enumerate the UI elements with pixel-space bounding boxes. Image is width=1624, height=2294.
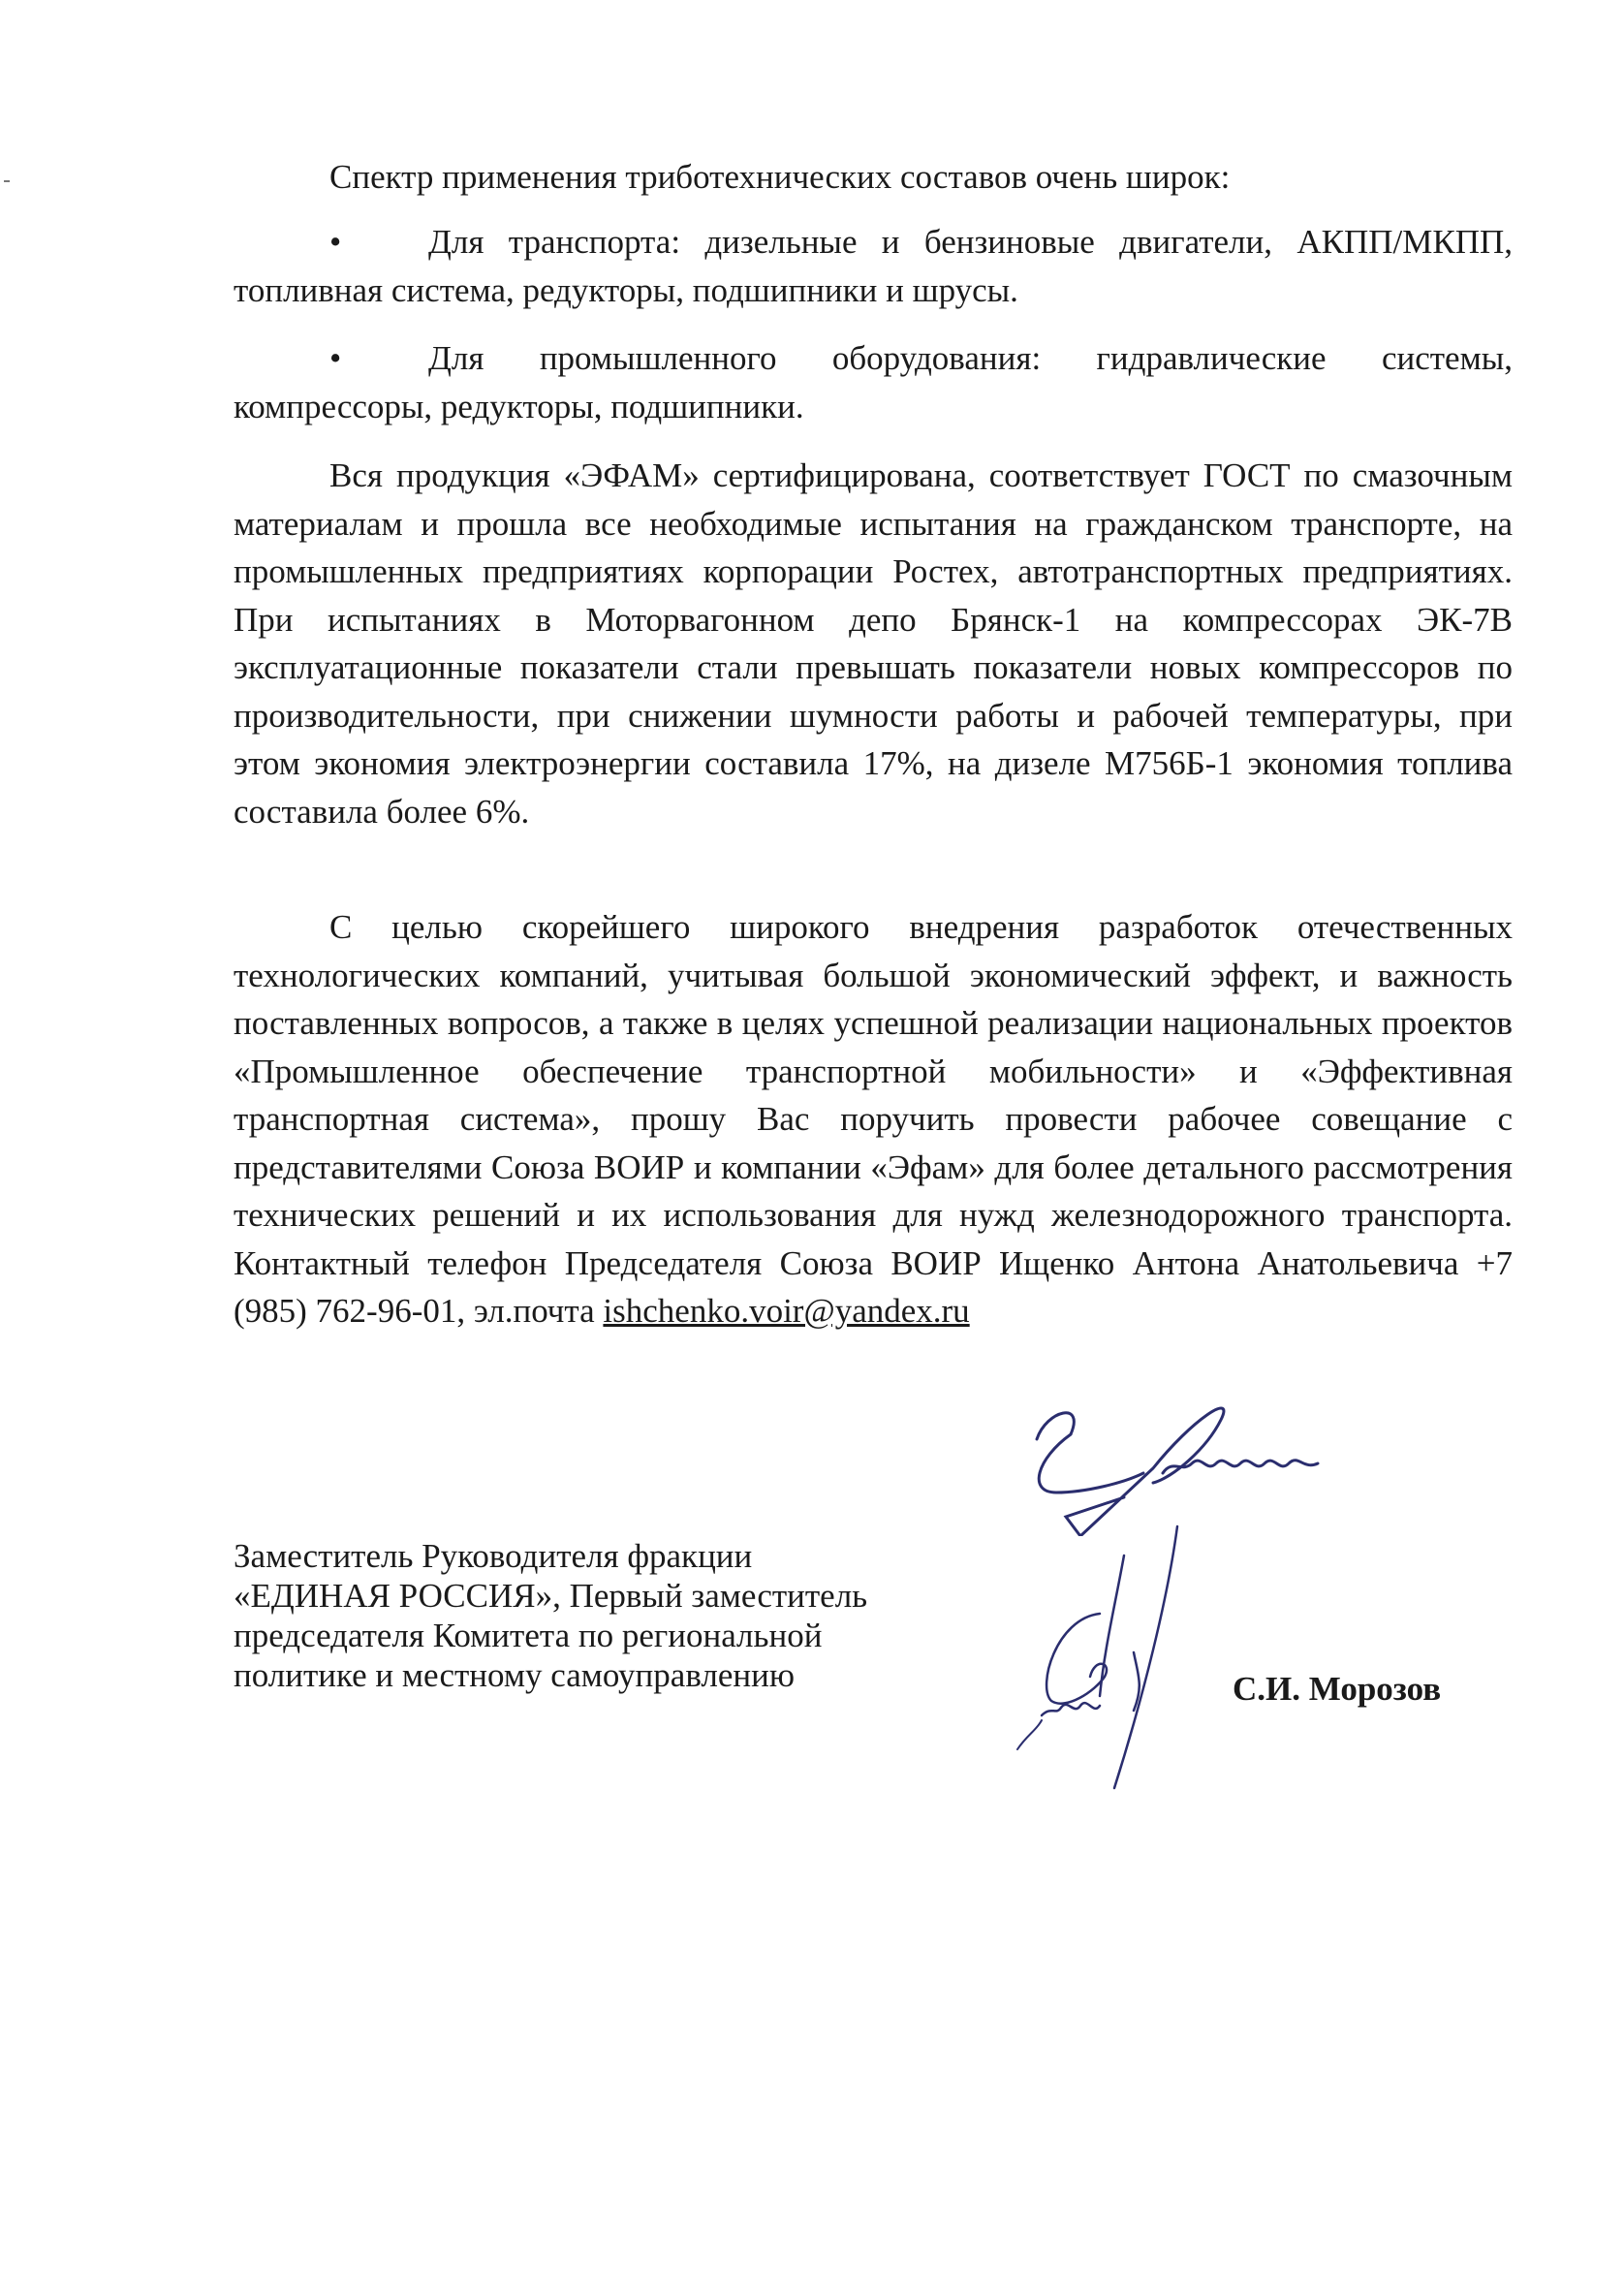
- request-block: С целью скорейшего широкого внедрения ра…: [234, 903, 1513, 1336]
- certification-paragraph: Вся продукция «ЭФАМ» сертифицирована, со…: [234, 452, 1513, 835]
- email-link[interactable]: ishchenko.voir@yandex.ru: [603, 1292, 969, 1330]
- signer-title: Заместитель Руководителя фракции «ЕДИНАЯ…: [234, 1536, 989, 1695]
- handwritten-salutation-icon: [1027, 1381, 1376, 1536]
- email-label: эл.почта: [474, 1292, 604, 1330]
- letter-page: Спектр применения триботехнических соста…: [0, 0, 1624, 2294]
- bullet-icon: •: [234, 218, 428, 267]
- intro-block: Спектр применения триботехнических соста…: [234, 153, 1513, 202]
- scan-artifact: [4, 180, 10, 182]
- bullet-icon: •: [234, 334, 428, 383]
- bullet-transport: •Для транспорта: дизельные и бензиновые …: [234, 218, 1513, 314]
- signer-name: С.И. Морозов: [1233, 1670, 1441, 1709]
- handwritten-signature-icon: [998, 1522, 1231, 1793]
- bullet-industrial: •Для промышленного оборудования: гидравл…: [234, 334, 1513, 430]
- certification-block: Вся продукция «ЭФАМ» сертифицирована, со…: [234, 452, 1513, 835]
- intro-text: Спектр применения триботехнических соста…: [234, 153, 1513, 202]
- request-paragraph: С целью скорейшего широкого внедрения ра…: [234, 908, 1513, 1330]
